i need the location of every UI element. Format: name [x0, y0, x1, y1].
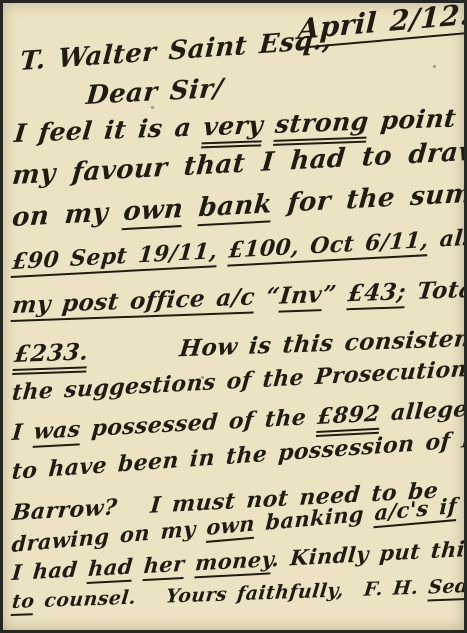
- text-segment: £100, Oct 6/11,: [227, 227, 430, 267]
- text-segment: ”: [321, 280, 349, 308]
- paper-speck: [151, 106, 154, 109]
- text-segment: Total: [404, 275, 467, 305]
- text-segment: on my: [11, 197, 125, 233]
- text-segment: Inv: [278, 281, 324, 313]
- text-segment: possessed of the: [79, 404, 318, 443]
- text-segment: Dear Sir/: [85, 74, 225, 111]
- text-segment: alleged: [379, 395, 467, 427]
- text-segment: £892: [316, 401, 382, 437]
- text-segment: a/c's if: [374, 493, 458, 528]
- letter-body-line-4: £90 Sept 19/11, £100, Oct 6/11, also fro…: [11, 222, 467, 274]
- text-segment: was: [32, 416, 81, 448]
- text-segment: bank: [197, 189, 273, 226]
- text-segment: Seddon: [427, 574, 467, 602]
- text-segment: my post office a/c: [11, 283, 257, 322]
- text-segment: T. Walter Saint Esq.,: [19, 25, 333, 77]
- text-segment: own: [122, 194, 185, 230]
- text-segment: to: [11, 590, 36, 616]
- text-segment: £43;: [346, 278, 407, 310]
- text-segment: . Kindly put this: [271, 535, 467, 571]
- letter-recipient: T. Walter Saint Esq.,: [19, 27, 333, 76]
- text-segment: very: [201, 110, 264, 148]
- text-segment: own: [206, 511, 256, 543]
- text-segment: I: [11, 419, 35, 446]
- handwritten-letter-page: April 2/12. T. Walter Saint Esq., Dear S…: [0, 0, 467, 633]
- text-segment: £233.: [12, 338, 90, 375]
- text-segment: for the sums of: [271, 176, 467, 220]
- text-segment: her: [142, 551, 185, 581]
- text-segment: money: [194, 546, 273, 578]
- letter-salutation: Dear Sir/: [85, 76, 224, 111]
- text-segment: I had: [11, 556, 90, 585]
- text-segment: £90 Sept 19/11,: [11, 238, 219, 278]
- text-segment: strong: [273, 107, 370, 146]
- text-segment: also from: [428, 220, 467, 253]
- text-segment: I feel it is a: [13, 112, 205, 148]
- letter-body-line-5: my post office a/c “Inv” £43; Total: [11, 277, 467, 318]
- paper-speck: [433, 65, 436, 68]
- text-segment: “: [253, 283, 281, 311]
- paper-speck: [201, 376, 204, 379]
- text-segment: point in: [367, 102, 467, 136]
- text-segment: had: [87, 554, 134, 585]
